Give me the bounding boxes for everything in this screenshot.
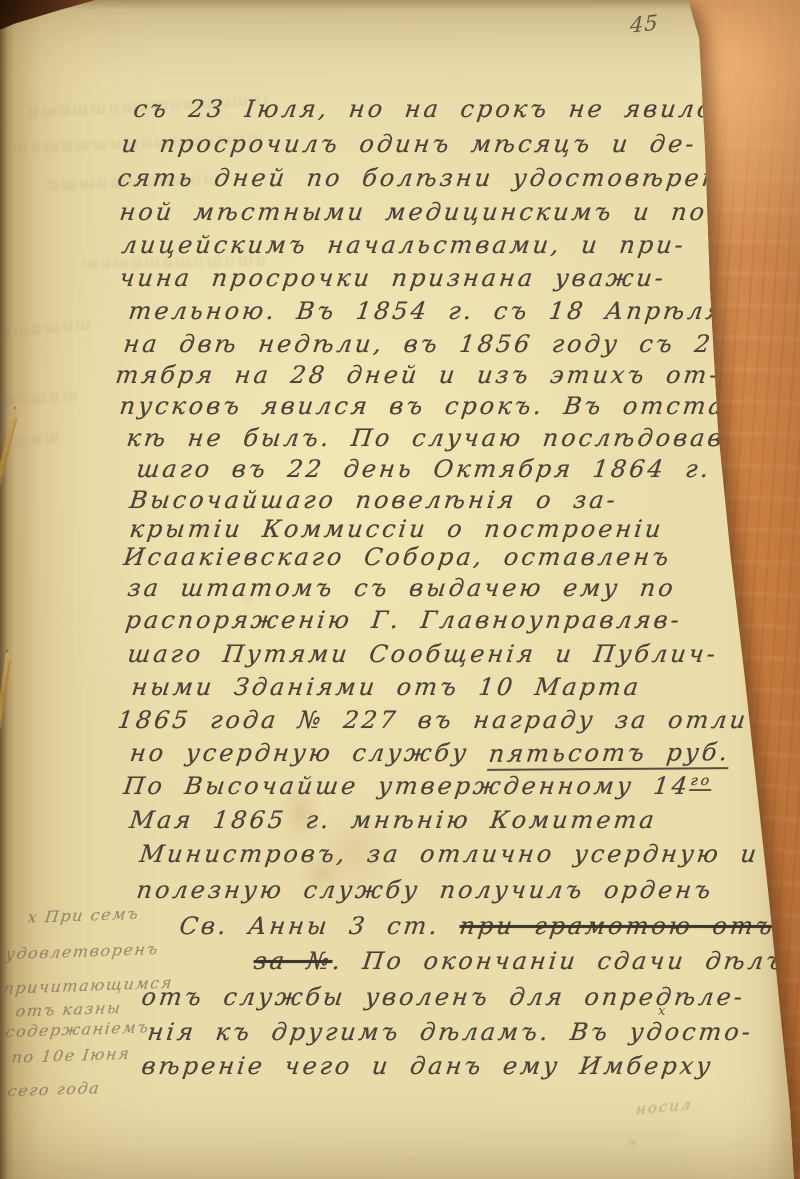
handwriting-text: за № — [252, 947, 334, 975]
handwritten-line: кѣ не былъ. По случаю послѣдовав- — [125, 424, 737, 452]
margin-note-line: х При семъ — [27, 904, 141, 927]
handwritten-line: вѣреніе чего и данъ ему Имберху — [140, 1052, 715, 1080]
margin-note-line: удовлетворенъ — [4, 939, 160, 963]
handwritten-line: распоряженію Г. Главноуправляв- — [124, 606, 684, 634]
handwriting-text: сять дней по болѣзни удостовѣрен- — [116, 164, 733, 192]
handwritten-line: тября на 28 дней и изъ этихъ от- — [114, 361, 722, 389]
margin-note-line: по 10е Іюня — [11, 1044, 132, 1067]
handwritten-line: Исаакіевскаго Собора, оставленъ — [122, 543, 673, 571]
handwritten-line: и просрочилъ одинъ мѣсяцъ и де- — [120, 130, 698, 158]
handwriting-text: на двѣ недѣли, въ 1856 году съ 20 Ок- — [122, 330, 800, 358]
handwritten-line: шаго въ 22 день Октября 1864 г. — [135, 455, 713, 483]
handwriting-text: пусковъ явился въ срокъ. Въ отстав- — [118, 392, 756, 420]
handwriting-text: чина просрочки признана уважи- — [118, 264, 668, 292]
handwritten-line: чина просрочки признана уважи- — [118, 264, 668, 292]
handwritten-line: Св. Анны 3 ст. при грамотою отъ — [178, 912, 777, 940]
handwriting-text: . По окончаніи сдачи дѣлъ — [331, 947, 787, 975]
handwriting-text: го — [689, 773, 713, 791]
handwritten-line: крытіи Коммиссіи о построеніи — [128, 515, 665, 543]
faint-pencil-note: носил — [635, 1095, 693, 1118]
handwriting-text: кѣ не былъ. По случаю послѣдовав- — [125, 424, 737, 452]
margin-note-line: сего года — [7, 1078, 102, 1100]
handwriting-text: Мая 1865 г. мнѣнію Комитета — [128, 806, 658, 834]
handwriting-text: тельною. Въ 1854 г. съ 18 Апрѣля — [127, 297, 726, 325]
handwriting-text: за штатомъ съ выдачею ему по — [126, 574, 678, 602]
handwriting-text: распоряженію Г. Главноуправляв- — [124, 606, 684, 634]
paper-stain — [628, 1138, 637, 1147]
handwritten-line: отъ службы уволенъ для опредѣле- — [140, 983, 747, 1011]
handwritten-line: на двѣ недѣли, въ 1856 году съ 20 Ок- — [122, 330, 800, 358]
handwritten-line: сять дней по болѣзни удостовѣрен- — [116, 164, 733, 192]
handwritten-line: пусковъ явился въ срокъ. Въ отстав- — [118, 392, 756, 420]
handwriting-text: вѣреніе чего и данъ ему Имберху — [140, 1052, 715, 1080]
handwriting-text: крытіи Коммиссіи о построеніи — [128, 515, 665, 543]
handwriting-text: лицейскимъ начальствами, и при- — [120, 231, 688, 259]
handwriting-text: ной мѣстными медицинскимъ и по- — [118, 198, 720, 226]
handwriting-text: шаго въ 22 день Октября 1864 г. — [135, 455, 713, 483]
handwritten-line: Высочайшаго повелѣнія о за- — [128, 486, 620, 514]
handwriting-text: полезную службу получилъ орденъ — [135, 876, 715, 904]
handwriting-text: но усердную службу — [128, 739, 490, 767]
handwriting-text: и просрочилъ одинъ мѣсяцъ и де- — [120, 130, 698, 158]
page-number: 45 — [630, 10, 659, 37]
handwriting-text: По Высочайше утвержденному 14 — [122, 772, 692, 800]
manuscript-page: 45 ишишшишишишшишишишшишишшишишишишишиши… — [0, 0, 800, 1179]
handwritten-line: тельною. Въ 1854 г. съ 18 Апрѣля — [127, 297, 726, 325]
archival-photo-background: 45 ишишшишишишшишишишшишишшишишишишишиши… — [0, 0, 800, 1179]
handwriting-text: при грамотою отъ — [458, 912, 777, 940]
handwritten-line: Мая 1865 г. мнѣнію Комитета — [128, 806, 658, 834]
handwritten-line: полезную службу получилъ орденъ — [135, 876, 715, 904]
handwritten-line: за №. По окончаніи сдачи дѣлъ — [252, 947, 787, 975]
margin-note-line: отъ казны — [15, 998, 123, 1021]
insertion-mark: х — [658, 1004, 665, 1019]
handwriting-text: нія къ другимъ дѣламъ. Въ удосто- — [146, 1018, 755, 1046]
handwritten-line: лицейскимъ начальствами, и при- — [120, 231, 688, 259]
ink-showthrough-mark: ишишишиш — [0, 313, 96, 343]
handwritten-line: По Высочайше утвержденному 14го — [122, 772, 713, 800]
handwritten-line: ными Зданіями отъ 10 Марта — [130, 673, 643, 701]
handwritten-line: Министровъ, за отлично усердную и — [138, 840, 761, 868]
handwriting-text: ными Зданіями отъ 10 Марта — [130, 673, 643, 701]
handwriting-text: 1865 года № 227 въ награду за отлич- — [116, 706, 779, 734]
handwriting-text: Св. Анны 3 ст. — [178, 912, 461, 940]
handwritten-line: за штатомъ съ выдачею ему по — [126, 574, 678, 602]
ink-showthrough-mark: шишишиш — [0, 385, 81, 411]
handwriting-text: шаго Путями Сообщенія и Публич- — [126, 640, 720, 668]
handwriting-text: Министровъ, за отлично усердную и — [138, 840, 761, 868]
paper-sheet: 45 ишишшишишишшишишишшишишшишишишишишиши… — [0, 0, 800, 1179]
handwriting-text: съ 23 Іюля, но на срокъ не явился, — [132, 95, 745, 123]
handwritten-line: 1865 года № 227 въ награду за отлич- — [116, 706, 779, 734]
handwriting-text: Исаакіевскаго Собора, оставленъ — [122, 543, 673, 571]
handwriting-text: пятьсотъ руб. — [487, 738, 732, 771]
handwritten-line: ной мѣстными медицинскимъ и по- — [118, 198, 720, 226]
handwritten-line: съ 23 Іюля, но на срокъ не явился, — [132, 95, 745, 123]
handwritten-line: шаго Путями Сообщенія и Публич- — [126, 640, 720, 668]
margin-note-line: содержаніемъ — [4, 1018, 150, 1042]
handwritten-line: нія къ другимъ дѣламъ. Въ удосто- — [146, 1018, 755, 1046]
handwriting-text: Высочайшаго повелѣнія о за- — [128, 486, 620, 514]
handwriting-text: тября на 28 дней и изъ этихъ от- — [114, 361, 722, 389]
handwriting-text: отъ службы уволенъ для опредѣле- — [140, 983, 747, 1011]
handwritten-line: но усердную службу пятьсотъ руб. — [128, 739, 731, 770]
